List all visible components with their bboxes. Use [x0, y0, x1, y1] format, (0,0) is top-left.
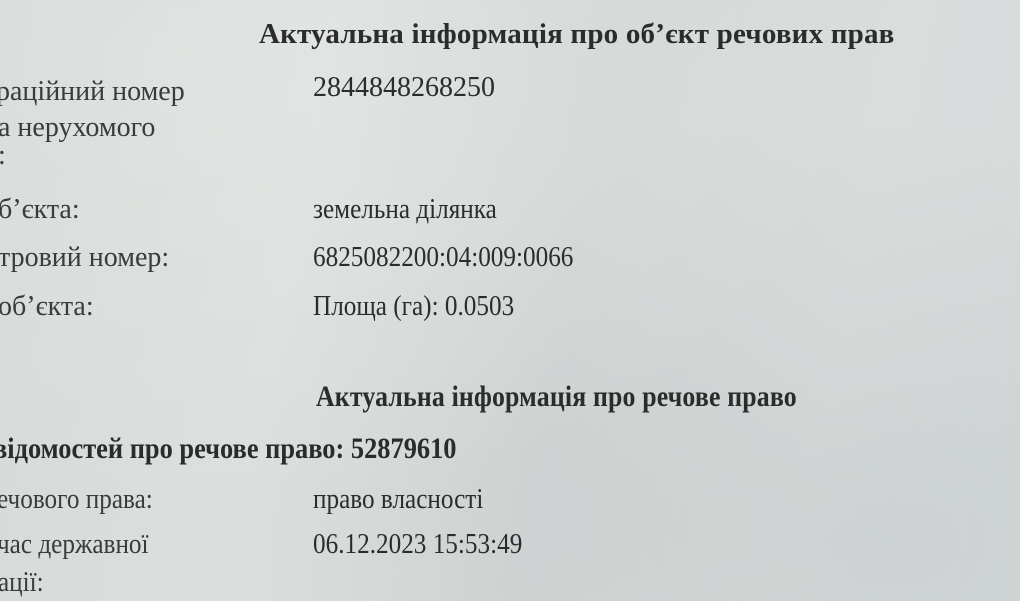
field-value: 6825082200:04:009:0066	[313, 240, 573, 275]
field-value: 06.12.2023 15:53:49	[313, 527, 522, 562]
field-label: раційний номер	[0, 74, 185, 109]
field-label: ації:	[0, 565, 44, 600]
field-label: б’єкта:	[0, 192, 80, 227]
right-record-number: відомостей про речове право: 52879610	[0, 432, 456, 466]
field-value: 2844848268250	[313, 70, 495, 105]
field-label: а нерухомого	[0, 110, 155, 145]
field-value: право власності	[313, 482, 483, 517]
field-label: час державної	[0, 527, 149, 562]
field-label: тровий номер:	[0, 240, 169, 275]
right-section-heading: Актуальна інформація про речове право	[316, 380, 797, 414]
field-label: об’єкта:	[0, 289, 94, 324]
field-label: ечового права:	[0, 482, 153, 517]
field-value: Площа (га): 0.0503	[313, 289, 514, 324]
field-label: :	[0, 146, 6, 168]
field-value: земельна ділянка	[313, 192, 497, 227]
object-section-heading: Актуальна інформація про об’єкт речових …	[259, 18, 895, 51]
